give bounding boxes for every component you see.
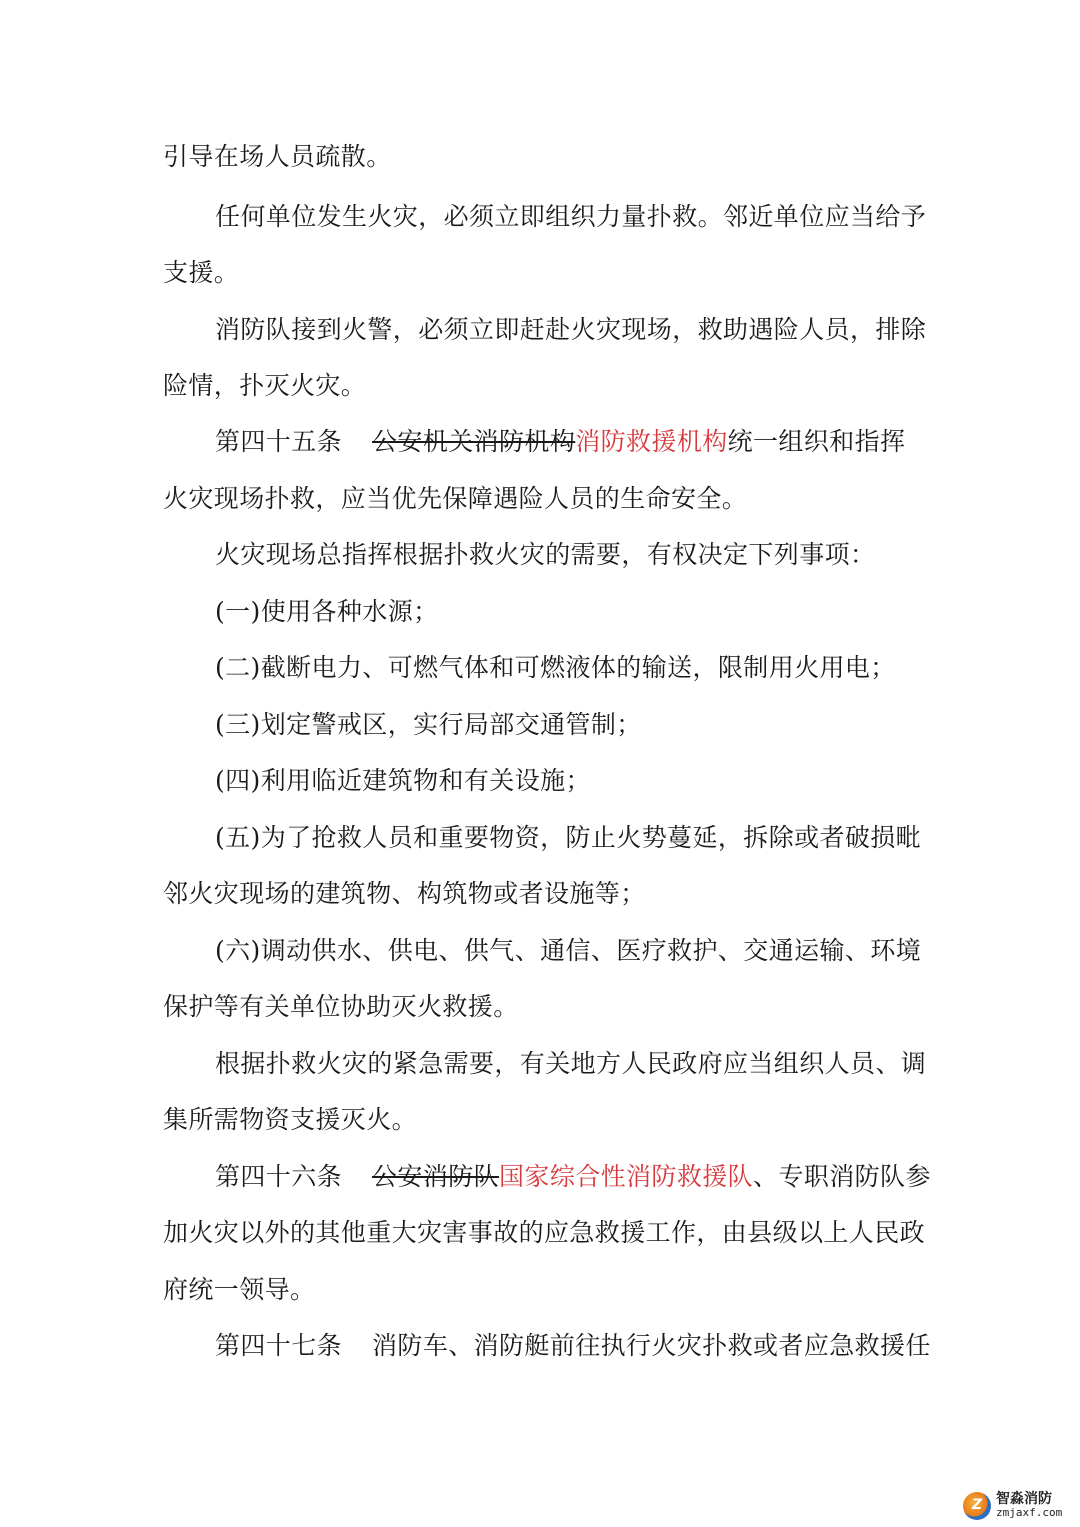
brand-logo-icon: Z: [963, 1492, 991, 1520]
article-number: 第四十七条: [215, 1331, 342, 1360]
text-line: 引导在场人员疏散。: [163, 139, 392, 175]
list-item: (三)划定警戒区，实行局部交通管制；: [215, 707, 642, 743]
text-line: 邻火灾现场的建筑物、构筑物或者设施等；: [163, 876, 646, 912]
text-segment: 消防车、消防艇前往执行火灾扑救或者应急救援任: [372, 1331, 931, 1360]
list-item: (二)截断电力、可燃气体和可燃液体的输送，限制用火用电；: [215, 650, 896, 686]
list-item: (五)为了抢救人员和重要物资，防止火势蔓延，拆除或者破损毗: [215, 820, 921, 856]
article-45-line: 第四十五条公安机关消防机构消防救援机构统一组织和指挥: [215, 424, 905, 460]
text-line: 消防队接到火警，必须立即赶赴火灾现场，救助遇险人员，排除: [215, 312, 926, 348]
list-item: (一)使用各种水源；: [215, 594, 439, 630]
deleted-text: 公安消防队: [372, 1162, 499, 1191]
inserted-text: 国家综合性消防救援队: [499, 1162, 753, 1191]
brand-name: 智淼消防: [996, 1488, 1052, 1508]
text-line: 支援。: [163, 255, 239, 291]
watermark: Z 智淼消防 zmjaxf.com: [960, 1488, 1075, 1524]
article-47-line: 第四十七条消防车、消防艇前往执行火灾扑救或者应急救援任: [215, 1328, 931, 1364]
article-number: 第四十六条: [215, 1162, 342, 1191]
document-page: 引导在场人员疏散。 任何单位发生火灾，必须立即组织力量扑救。邻近单位应当给予 支…: [0, 0, 1080, 1527]
text-line: 根据扑救火灾的紧急需要，有关地方人民政府应当组织人员、调: [215, 1046, 926, 1082]
inserted-text: 消防救援机构: [575, 427, 727, 456]
deleted-text: 公安机关消防机构: [372, 427, 575, 456]
text-line: 火灾现场扑救，应当优先保障遇险人员的生命安全。: [163, 481, 747, 517]
text-line: 加火灾以外的其他重大灾害事故的应急救援工作，由县级以上人民政: [163, 1215, 925, 1251]
list-item: (六)调动供水、供电、供气、通信、医疗救护、交通运输、环境: [215, 933, 921, 969]
brand-url: zmjaxf.com: [996, 1506, 1062, 1519]
text-line: 集所需物资支援灭火。: [163, 1102, 417, 1138]
list-item: (四)利用临近建筑物和有关设施；: [215, 763, 591, 799]
text-line: 险情，扑灭火灾。: [163, 368, 366, 404]
text-segment: 、专职消防队参: [753, 1162, 931, 1191]
article-46-line: 第四十六条公安消防队国家综合性消防救援队、专职消防队参: [215, 1159, 931, 1195]
text-line: 火灾现场总指挥根据扑救火灾的需要，有权决定下列事项：: [215, 537, 875, 573]
article-number: 第四十五条: [215, 427, 342, 456]
text-line: 任何单位发生火灾，必须立即组织力量扑救。邻近单位应当给予: [215, 199, 926, 235]
text-segment: 统一组织和指挥: [728, 427, 906, 456]
text-line: 保护等有关单位协助灭火救援。: [163, 989, 519, 1025]
text-line: 府统一领导。: [163, 1272, 315, 1308]
